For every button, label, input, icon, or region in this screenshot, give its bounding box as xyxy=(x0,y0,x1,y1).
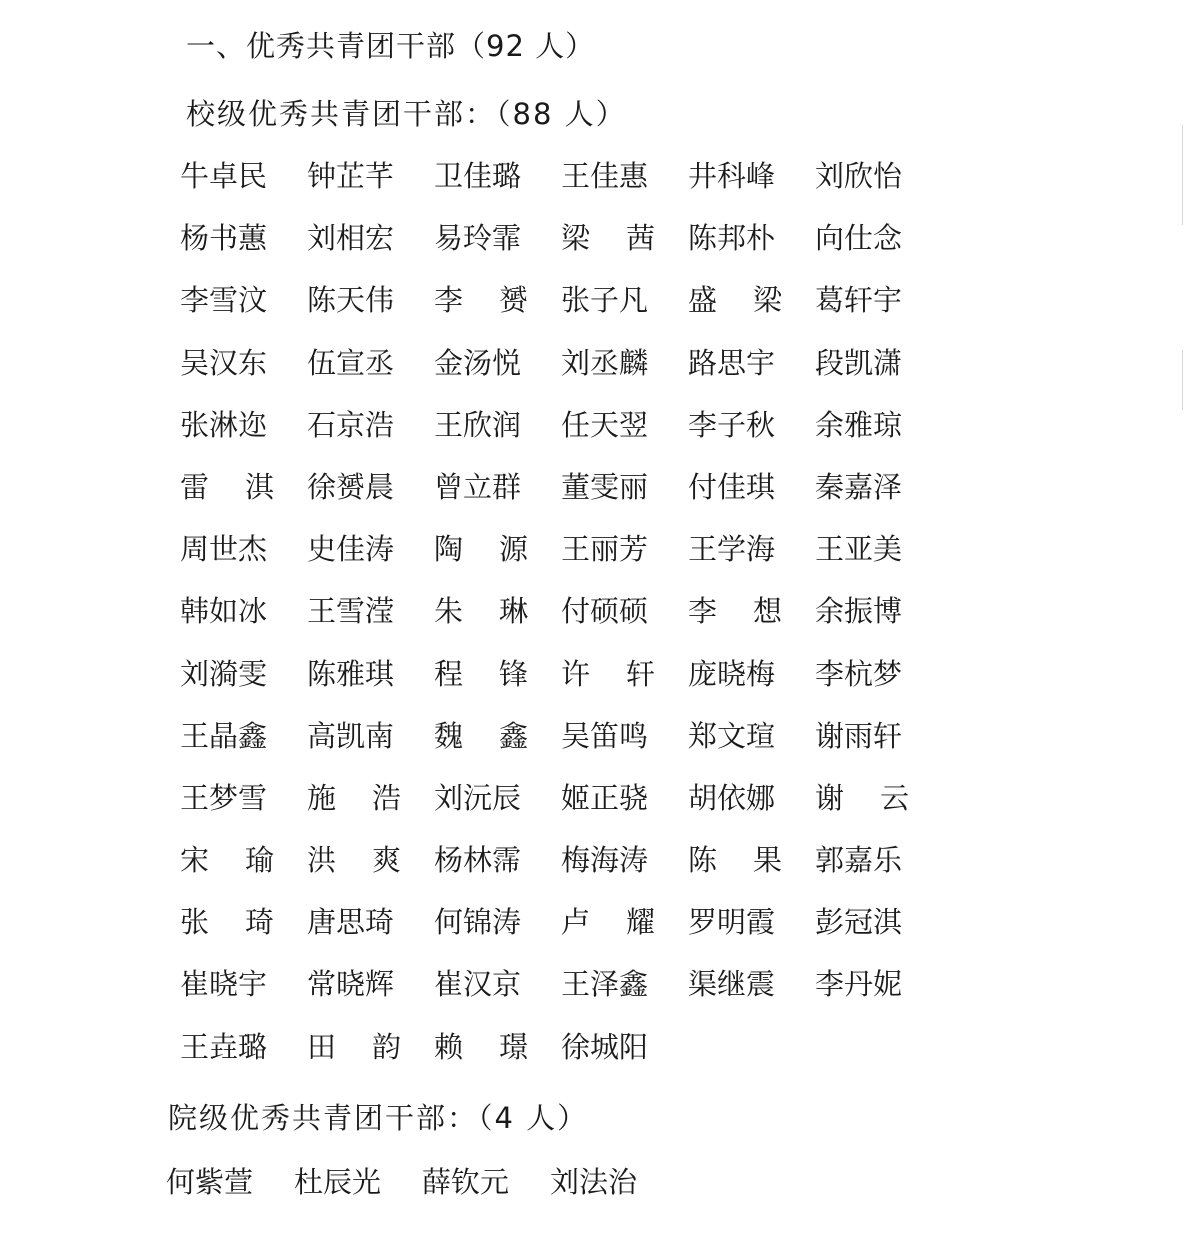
person-name: 何紫萱 xyxy=(166,1162,260,1202)
person-name: 崔汉京 xyxy=(434,964,528,1004)
person-name: 路思宇 xyxy=(688,343,782,383)
person-name: 秦嘉泽 xyxy=(815,467,909,507)
person-name: 谢云 xyxy=(815,778,909,818)
person-name: 王晶鑫 xyxy=(180,716,274,756)
person-name: 王泽鑫 xyxy=(561,964,655,1004)
person-name: 付佳琪 xyxy=(688,467,782,507)
person-name: 刘沅辰 xyxy=(434,778,528,818)
person-name: 任天翌 xyxy=(561,405,655,445)
person-name: 曾立群 xyxy=(434,467,528,507)
person-name: 李想 xyxy=(688,591,782,631)
person-name: 姬正骁 xyxy=(561,778,655,818)
person-name: 雷淇 xyxy=(180,467,274,507)
person-name: 徐城阳 xyxy=(561,1027,655,1067)
person-name: 彭冠淇 xyxy=(815,902,909,942)
person-name: 何锦涛 xyxy=(434,902,528,942)
person-name: 吴汉东 xyxy=(180,343,274,383)
person-name: 杨书蕙 xyxy=(180,218,274,258)
person-name: 郭嘉乐 xyxy=(815,840,909,880)
person-name: 王学海 xyxy=(688,529,782,569)
person-name: 李雪汶 xyxy=(180,280,274,320)
person-name: 崔晓宇 xyxy=(180,964,274,1004)
person-name: 段凯潇 xyxy=(815,343,909,383)
person-name: 郑文瑄 xyxy=(688,716,782,756)
person-name: 王雪滢 xyxy=(307,591,401,631)
person-name: 刘漪雯 xyxy=(180,654,274,694)
person-name: 程锋 xyxy=(434,654,528,694)
person-name: 梅海涛 xyxy=(561,840,655,880)
person-name: 韩如冰 xyxy=(180,591,274,631)
person-name: 魏鑫 xyxy=(434,716,528,756)
person-name: 刘丞麟 xyxy=(561,343,655,383)
person-name: 王垚璐 xyxy=(180,1027,274,1067)
person-name: 周世杰 xyxy=(180,529,274,569)
person-name: 杜辰光 xyxy=(294,1162,388,1202)
person-name: 向仕念 xyxy=(815,218,909,258)
person-name: 卫佳璐 xyxy=(434,156,528,196)
person-name: 胡依娜 xyxy=(688,778,782,818)
person-name: 吴笛鸣 xyxy=(561,716,655,756)
person-name: 罗明霞 xyxy=(688,902,782,942)
person-name: 王欣润 xyxy=(434,405,528,445)
person-name: 陈雅琪 xyxy=(307,654,401,694)
person-name: 石京浩 xyxy=(307,405,401,445)
school-level-name-list: 牛卓民钟芷芊卫佳璐王佳惠井科峰刘欣怡杨书蕙刘相宏易玲霏梁茜陈邦朴向仕念李雪汶陈天… xyxy=(180,156,942,1089)
person-name: 田韵 xyxy=(307,1027,401,1067)
person-name: 余雅琼 xyxy=(815,405,909,445)
person-name: 王丽芳 xyxy=(561,529,655,569)
person-name: 金汤悦 xyxy=(434,343,528,383)
person-name: 易玲霏 xyxy=(434,218,528,258)
scan-edge-mark xyxy=(1182,125,1183,225)
person-name: 张淋迩 xyxy=(180,405,274,445)
person-name: 王梦雪 xyxy=(180,778,274,818)
person-name: 陈邦朴 xyxy=(688,218,782,258)
person-name: 唐思琦 xyxy=(307,902,401,942)
person-name: 张琦 xyxy=(180,902,274,942)
scan-edge-mark xyxy=(1182,350,1183,410)
person-name: 薛钦元 xyxy=(422,1162,516,1202)
person-name: 洪爽 xyxy=(307,840,401,880)
person-name: 付硕硕 xyxy=(561,591,655,631)
college-level-name-list: 何紫萱杜辰光薛钦元刘法治 xyxy=(166,1162,644,1202)
person-name: 董雯丽 xyxy=(561,467,655,507)
person-name: 李赟 xyxy=(434,280,528,320)
person-name: 许轩 xyxy=(561,654,655,694)
person-name: 张子凡 xyxy=(561,280,655,320)
person-name: 刘法治 xyxy=(550,1162,644,1202)
person-name: 卢耀 xyxy=(561,902,655,942)
person-name: 渠继震 xyxy=(688,964,782,1004)
person-name: 徐赟晨 xyxy=(307,467,401,507)
person-name: 谢雨轩 xyxy=(815,716,909,756)
person-name: 刘相宏 xyxy=(307,218,401,258)
person-name: 井科峰 xyxy=(688,156,782,196)
school-level-heading: 校级优秀共青团干部：（88 人） xyxy=(186,94,627,134)
person-name: 钟芷芊 xyxy=(307,156,401,196)
person-name: 刘欣怡 xyxy=(815,156,909,196)
person-name: 陈果 xyxy=(688,840,782,880)
person-name: 陶源 xyxy=(434,529,528,569)
person-name: 王亚美 xyxy=(815,529,909,569)
person-name: 余振博 xyxy=(815,591,909,631)
person-name: 王佳惠 xyxy=(561,156,655,196)
person-name: 史佳涛 xyxy=(307,529,401,569)
person-name: 梁茜 xyxy=(561,218,655,258)
person-name: 杨林霈 xyxy=(434,840,528,880)
person-name: 伍宣丞 xyxy=(307,343,401,383)
person-name: 施浩 xyxy=(307,778,401,818)
person-name: 庞晓梅 xyxy=(688,654,782,694)
document-page: 一、优秀共青团干部（92 人） 校级优秀共青团干部：（88 人） 牛卓民钟芷芊卫… xyxy=(0,0,1200,1239)
person-name: 宋瑜 xyxy=(180,840,274,880)
college-level-heading: 院级优秀共青团干部：（4 人） xyxy=(168,1098,588,1138)
person-name: 朱琳 xyxy=(434,591,528,631)
person-name: 牛卓民 xyxy=(180,156,274,196)
person-name: 李杭梦 xyxy=(815,654,909,694)
person-name: 盛梁 xyxy=(688,280,782,320)
person-name: 李丹妮 xyxy=(815,964,909,1004)
person-name: 葛轩宇 xyxy=(815,280,909,320)
person-name: 常晓辉 xyxy=(307,964,401,1004)
person-name: 赖璟 xyxy=(434,1027,528,1067)
person-name: 陈天伟 xyxy=(307,280,401,320)
person-name: 李子秋 xyxy=(688,405,782,445)
person-name: 高凯南 xyxy=(307,716,401,756)
section-heading: 一、优秀共青团干部（92 人） xyxy=(186,26,595,66)
